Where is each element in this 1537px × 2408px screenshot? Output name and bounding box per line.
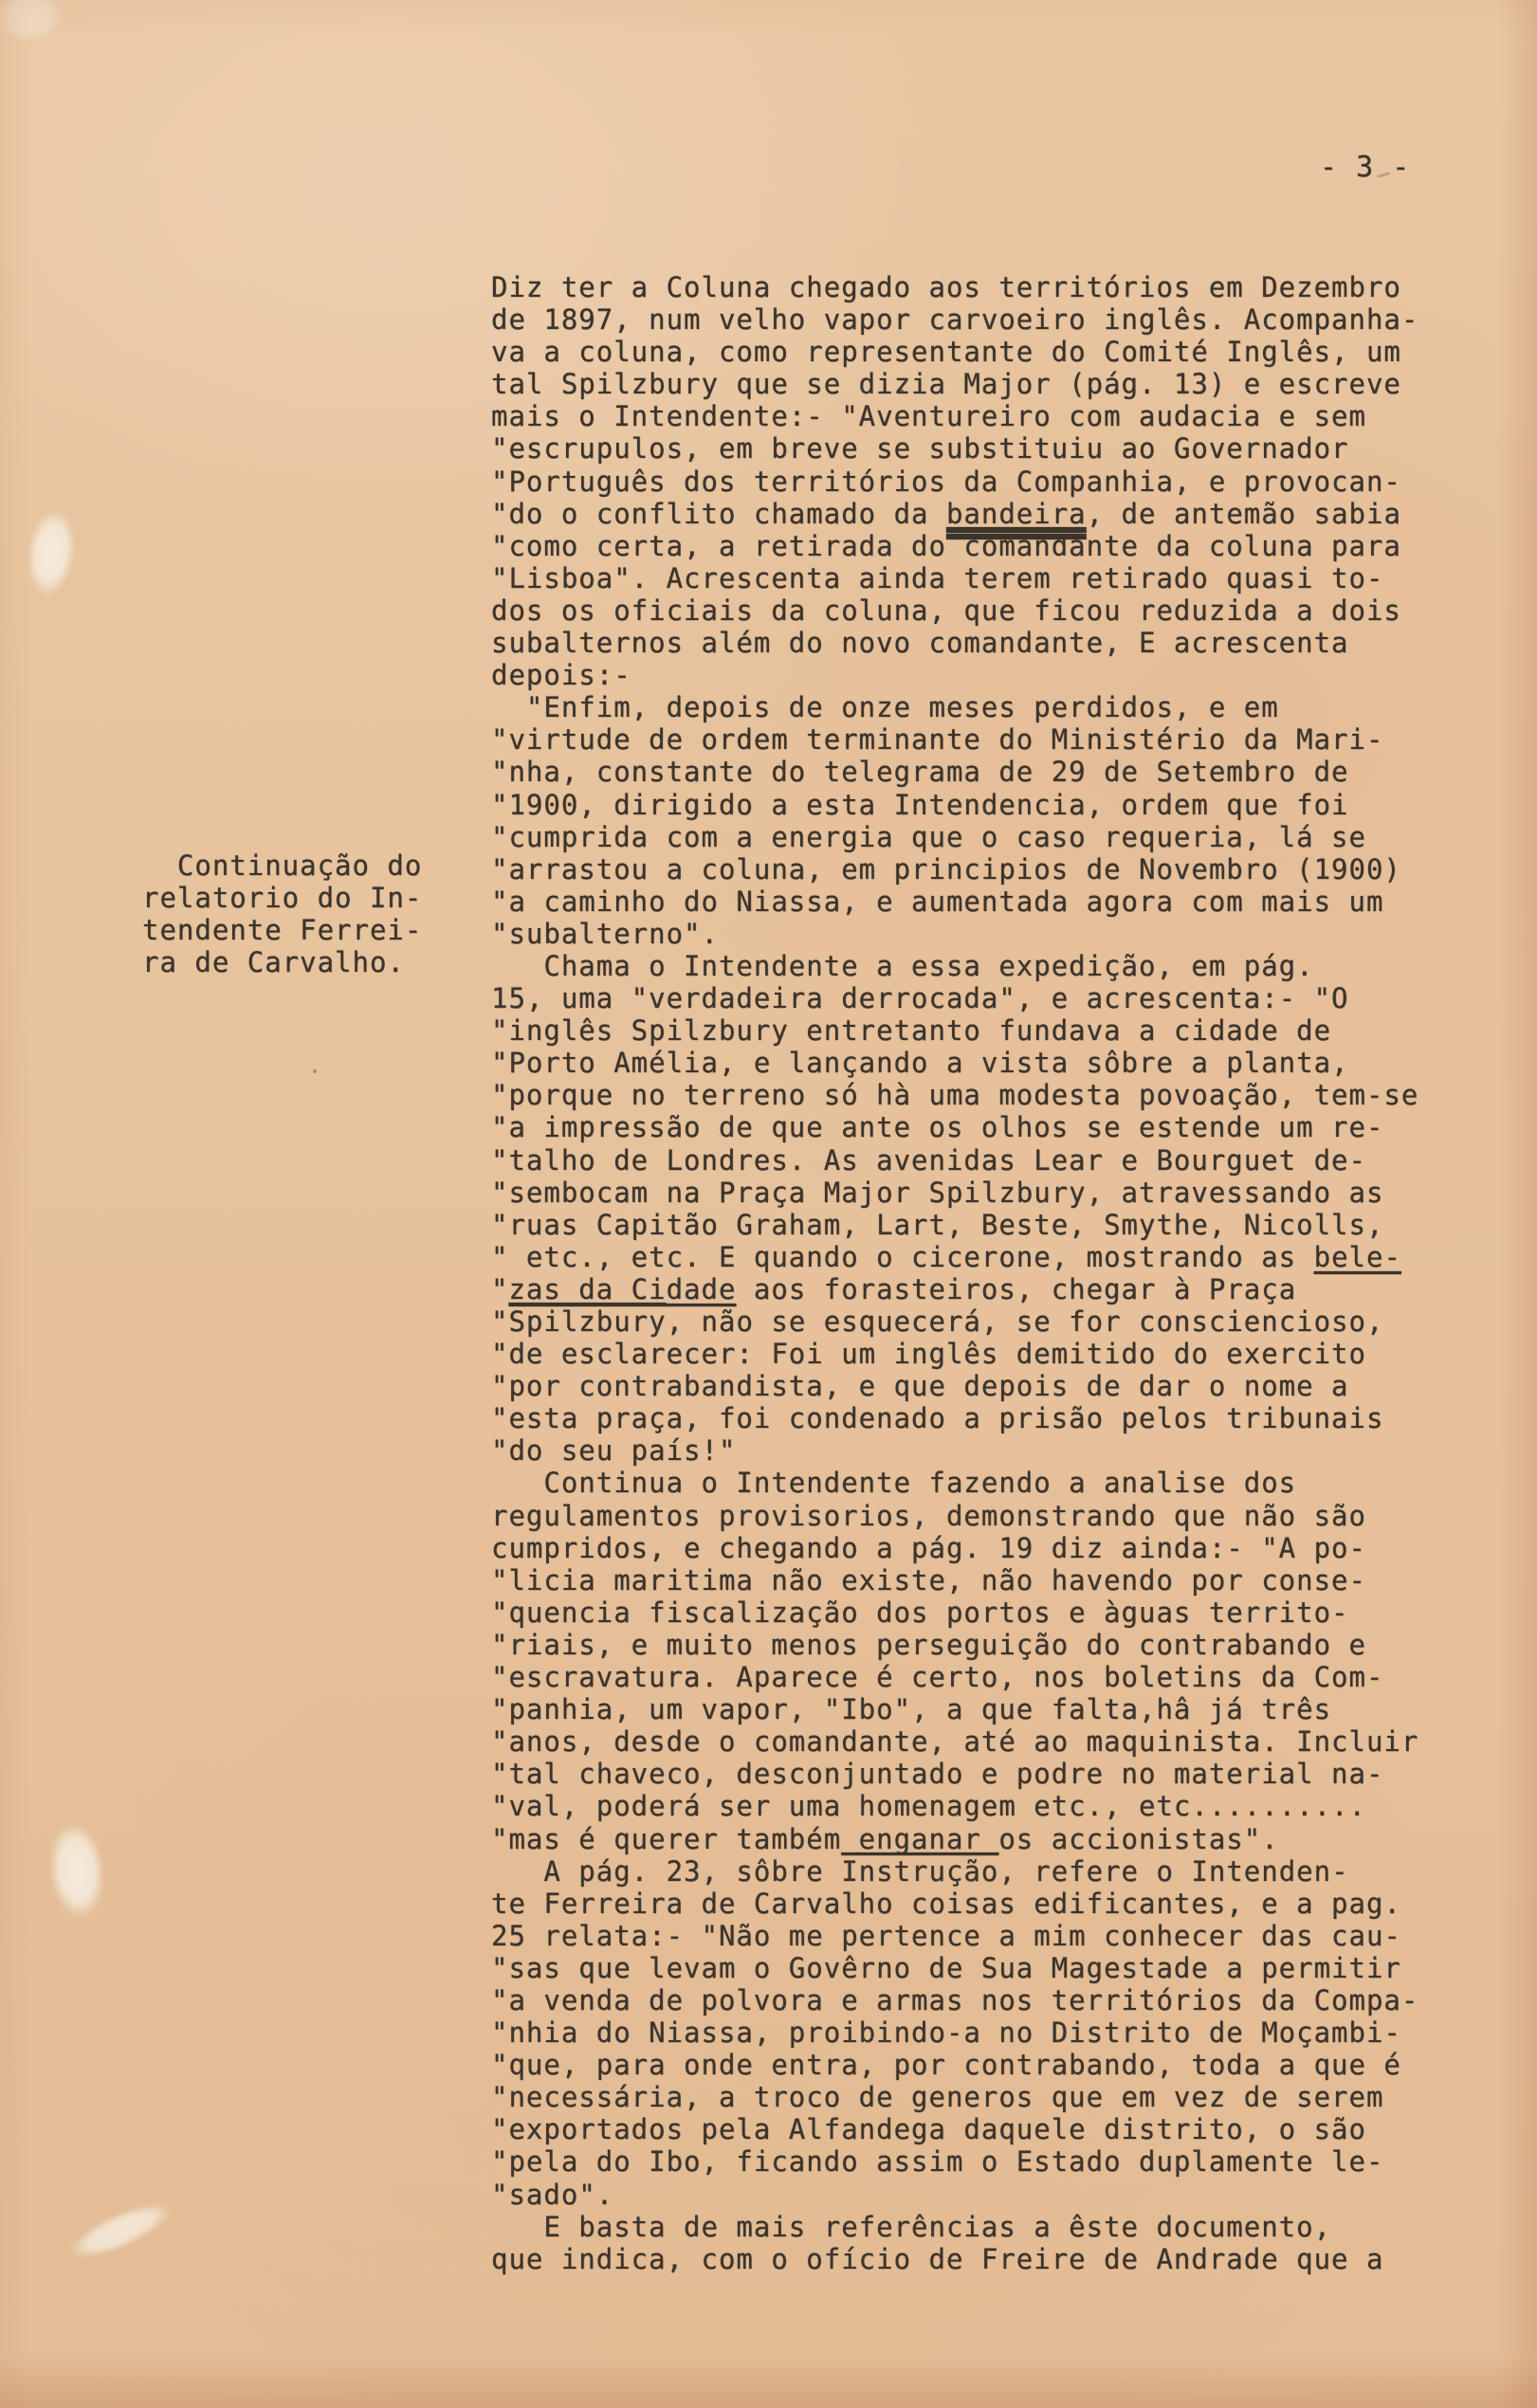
text-segment: "necessária, a troco de generos que em v… (491, 2081, 1383, 2113)
text-line: "porque no terreno só hà uma modesta pov… (491, 1079, 1508, 1111)
page-number: - 3 - (1320, 152, 1410, 184)
text-segment: "esta praça, foi condenado a prisão pelo… (491, 1402, 1383, 1434)
text-segment: tendente Ferrei- (142, 914, 422, 946)
margin-note-line: ra de Carvalho. (142, 946, 422, 978)
underlined-text: Spilzbury (508, 1305, 666, 1338)
text-line: "escrupulos, em breve se substituiu ao G… (491, 432, 1508, 465)
text-segment: Chama o Intendente a essa expedição, em … (491, 950, 1314, 982)
text-segment: "panhia, um vapor, "Ibo", a que falta,hâ… (491, 1693, 1331, 1725)
text-line: "a venda de polvora e armas nos territór… (491, 1984, 1508, 2016)
text-line: "ruas Capitão Graham, Lart, Beste, Smyth… (491, 1209, 1508, 1241)
text-segment: 25 relata:- "Não me pertence a mim conhe… (491, 1920, 1401, 1952)
text-segment: "inglês Spilzbury entretanto fundava a c… (491, 1014, 1331, 1047)
text-line: Chama o Intendente a essa expedição, em … (491, 950, 1508, 982)
text-line: te Ferreira de Carvalho coisas edificant… (491, 1888, 1508, 1920)
text-line: "por contrabandista, e que depois de dar… (491, 1370, 1508, 1402)
text-line: 15, uma "verdadeira derrocada", e acresc… (491, 982, 1508, 1014)
text-line: "virtude de ordem terminante do Ministér… (491, 723, 1508, 756)
text-line: "a caminho do Niassa, e aumentada agora … (491, 885, 1508, 918)
text-segment: "talho de Londres. As avenidas Lear e Bo… (491, 1144, 1366, 1177)
ink-speck (313, 1069, 317, 1073)
text-segment: "val, poderá ser uma homenagem etc., etc… (491, 1790, 1366, 1822)
text-line: "anos, desde o comandante, até ao maquin… (491, 1725, 1508, 1758)
text-segment: "mas é querer também enganar os accionis… (491, 1823, 1279, 1855)
text-segment: mais o Intendente:- "Aventureiro com aud… (491, 400, 1366, 432)
margin-note-line: tendente Ferrei- (142, 914, 422, 946)
text-line: "exportados pela Alfandega daquele distr… (491, 2113, 1508, 2145)
text-line: "necessária, a troco de generos que em v… (491, 2081, 1508, 2113)
text-line: "do o conflito chamado da bandeira, de a… (491, 498, 1508, 530)
text-segment: "nha, constante do telegrama de 29 de Se… (491, 756, 1349, 788)
text-segment: tal Spilzbury que se dizia Major (pág. 1… (491, 368, 1401, 400)
text-segment: "sembocam na Praça Major Spilzbury, atra… (491, 1177, 1383, 1209)
text-line: "arrastou a coluna, em principios de Nov… (491, 853, 1508, 885)
text-segment: "Lisboa". Acrescenta ainda terem retirad… (491, 562, 1383, 594)
text-segment: regulamentos provisorios, demonstrando q… (491, 1500, 1366, 1532)
text-segment: "como certa, a retirada do comandante da… (491, 530, 1401, 562)
text-line: "pela do Ibo, ficando assim o Estado dup… (491, 2145, 1508, 2178)
text-segment: "pela do Ibo, ficando assim o Estado dup… (491, 2145, 1383, 2178)
text-segment: "riais, e muito menos perseguição do con… (491, 1629, 1366, 1661)
text-line: E basta de mais referências a êste docum… (491, 2211, 1508, 2243)
text-line: 25 relata:- "Não me pertence a mim conhe… (491, 1920, 1508, 1952)
text-segment: subalternos além do novo comandante, E a… (491, 627, 1349, 659)
text-segment: "ruas Capitão Graham, Lart, Beste, Smyth… (491, 1209, 1383, 1241)
text-segment: de 1897, num velho vapor carvoeiro inglê… (491, 303, 1418, 336)
text-line: Continua o Intendente fazendo a analise … (491, 1467, 1508, 1499)
text-segment: "do seu país!" (491, 1434, 736, 1467)
text-segment: aos forasteiros, chegar à Praça (736, 1273, 1296, 1305)
paper-scratch (46, 2181, 194, 2279)
paper-scuff (35, 1805, 118, 1935)
text-line: de 1897, num velho vapor carvoeiro inglê… (491, 303, 1508, 336)
text-line: dos os oficiais da coluna, que ficou red… (491, 594, 1508, 627)
text-segment: "a venda de polvora e armas nos territór… (491, 1984, 1418, 2016)
text-segment: "de esclarecer: Foi um inglês demitido d… (491, 1338, 1366, 1370)
text-line: "val, poderá ser uma homenagem etc., etc… (491, 1790, 1508, 1822)
text-segment: A pág. 23, sôbre (491, 1855, 841, 1888)
text-segment: "licia maritima não existe, não havendo … (491, 1564, 1366, 1596)
text-line: tal Spilzbury que se dizia Major (pág. 1… (491, 368, 1508, 400)
text-line: "Enfim, depois de onze meses perdidos, e… (491, 691, 1508, 723)
text-segment: , refere o Intenden- (998, 1855, 1348, 1888)
text-line: A pág. 23, sôbre Instrução, refere o Int… (491, 1855, 1508, 1888)
underlined-text: Instrução (841, 1855, 998, 1888)
text-line: "mas é querer também enganar os accionis… (491, 1823, 1508, 1855)
text-segment: va a coluna, como representante do Comit… (491, 336, 1401, 368)
text-segment: "tal chaveco, desconjuntado e podre no m… (491, 1758, 1383, 1790)
text-line: "tal chaveco, desconjuntado e podre no m… (491, 1758, 1508, 1790)
text-segment: " etc., etc. E quando o cicerone, mostra… (491, 1241, 1314, 1273)
text-segment: te Ferreira de Carvalho coisas edificant… (491, 1888, 1401, 1920)
text-line: "Português dos territórios da Companhia,… (491, 465, 1508, 498)
text-line: "que, para onde entra, por contrabando, … (491, 2049, 1508, 2081)
text-segment: "sado". (491, 2179, 613, 2211)
text-line: "sembocam na Praça Major Spilzbury, atra… (491, 1177, 1508, 1209)
text-segment: 15, uma "verdadeira derrocada", e acresc… (491, 982, 1349, 1014)
margin-note-line: relatorio do In- (142, 882, 422, 914)
text-segment: que indica, com o ofício de Freire de An… (491, 2243, 1383, 2275)
text-segment: " (491, 1305, 508, 1338)
margin-note-line: Continuação do (142, 849, 422, 882)
text-segment: " (491, 1273, 508, 1305)
text-segment: "que, para onde entra, por contrabando, … (491, 2049, 1401, 2081)
text-segment: depois:- (491, 659, 631, 691)
text-line: "sas que levam o Govêrno de Sua Magestad… (491, 1952, 1508, 1984)
text-line: "zas da Cidade aos forasteiros, chegar à… (491, 1273, 1508, 1305)
text-line: "inglês Spilzbury entretanto fundava a c… (491, 1014, 1508, 1047)
text-segment: "escrupulos, em breve se substituiu ao G… (491, 432, 1349, 465)
text-line: va a coluna, como representante do Comit… (491, 336, 1508, 368)
text-segment: , de antemão sabia (1087, 498, 1401, 530)
text-segment: dos os oficiais da coluna, que ficou red… (491, 594, 1401, 627)
text-line: "a impressão de que ante os olhos se est… (491, 1111, 1508, 1143)
text-segment: "arrastou a coluna, em principios de Nov… (491, 853, 1401, 885)
text-segment: "anos, desde o comandante, até ao maquin… (491, 1725, 1418, 1758)
text-line: "riais, e muito menos perseguição do con… (491, 1629, 1508, 1661)
text-line: "licia maritima não existe, não havendo … (491, 1564, 1508, 1596)
typewritten-body-text: Diz ter a Coluna chegado aos territórios… (491, 271, 1508, 2275)
text-segment: Continuação do (142, 849, 422, 882)
text-line: "talho de Londres. As avenidas Lear e Bo… (491, 1144, 1508, 1177)
text-segment: "exportados pela Alfandega daquele distr… (491, 2113, 1366, 2145)
text-segment: "a impressão de que ante os olhos se est… (491, 1111, 1383, 1143)
paper-scuff (13, 493, 89, 612)
text-segment: "1900, dirigido a esta Intendencia, orde… (491, 789, 1349, 821)
text-segment: Diz ter a Coluna chegado aos territórios… (491, 271, 1401, 303)
underlined-text: bele- (1314, 1241, 1401, 1273)
text-segment: "sas que levam o Govêrno de Sua Magestad… (491, 1952, 1401, 1984)
margin-note: Continuação dorelatorio do In-tendente F… (142, 849, 422, 978)
text-segment: "do o conflito chamado da (491, 498, 946, 530)
text-line: depois:- (491, 659, 1508, 691)
text-line: "nhia do Niassa, proibindo-a no Distrito… (491, 2016, 1508, 2049)
text-line: regulamentos provisorios, demonstrando q… (491, 1500, 1508, 1532)
text-line: "esta praça, foi condenado a prisão pelo… (491, 1402, 1508, 1434)
text-segment: "porque no terreno só hà uma modesta pov… (491, 1079, 1418, 1111)
text-segment: "quencia fiscalização dos portos e àguas… (491, 1596, 1349, 1629)
text-line: "sado". (491, 2179, 1508, 2211)
text-line: "do seu país!" (491, 1434, 1508, 1467)
text-line: " etc., etc. E quando o cicerone, mostra… (491, 1241, 1508, 1273)
text-line: "subalterno". (491, 918, 1508, 950)
text-segment: "Português dos territórios da Companhia,… (491, 465, 1401, 498)
text-segment: "a caminho do Niassa, e aumentada agora … (491, 885, 1383, 918)
text-line: "quencia fiscalização dos portos e àguas… (491, 1596, 1508, 1629)
text-line: Diz ter a Coluna chegado aos territórios… (491, 271, 1508, 303)
text-line: "de esclarecer: Foi um inglês demitido d… (491, 1338, 1508, 1370)
text-segment: cumpridos, e chegando a pág. 19 diz aind… (491, 1532, 1366, 1564)
text-segment: "escravatura. Aparece é certo, nos bolet… (491, 1661, 1383, 1693)
text-segment: "Enfim, depois de onze meses perdidos, e… (491, 691, 1279, 723)
underlined-text: zas da Cidade (508, 1273, 736, 1305)
text-line: que indica, com o ofício de Freire de An… (491, 2243, 1508, 2275)
text-segment: "virtude de ordem terminante do Ministér… (491, 723, 1383, 756)
text-line: "nha, constante do telegrama de 29 de Se… (491, 756, 1508, 788)
text-line: "panhia, um vapor, "Ibo", a que falta,hâ… (491, 1693, 1508, 1725)
underlined-text: bandeira (946, 498, 1087, 530)
text-segment: E basta de mais referências a êste docum… (491, 2211, 1331, 2243)
text-line: mais o Intendente:- "Aventureiro com aud… (491, 400, 1508, 432)
text-segment: relatorio do In- (142, 882, 422, 914)
text-segment: "por contrabandista, e que depois de dar… (491, 1370, 1349, 1402)
text-line: subalternos além do novo comandante, E a… (491, 627, 1508, 659)
text-segment: ra de Carvalho. (142, 946, 405, 978)
text-line: "1900, dirigido a esta Intendencia, orde… (491, 789, 1508, 821)
text-segment: "subalterno". (491, 918, 719, 950)
text-line: "cumprida com a energia que o caso reque… (491, 821, 1508, 853)
text-segment: "cumprida com a energia que o caso reque… (491, 821, 1366, 853)
paper-scuff (0, 0, 72, 49)
text-line: "Lisboa". Acrescenta ainda terem retirad… (491, 562, 1508, 594)
text-segment: Continua o Intendente fazendo a analise … (491, 1467, 1296, 1499)
text-segment: "Porto Amélia, e lançando a vista sôbre … (491, 1047, 1349, 1079)
text-segment: , não se esquecerá, se for consciencioso… (667, 1305, 1384, 1338)
text-line: "Porto Amélia, e lançando a vista sôbre … (491, 1047, 1508, 1079)
text-line: "como certa, a retirada do comandante da… (491, 530, 1508, 562)
text-segment: "nhia do Niassa, proibindo-a no Distrito… (491, 2016, 1401, 2049)
text-line: "Spilzbury, não se esquecerá, se for con… (491, 1305, 1508, 1338)
scanned-document-page: { "page": { "number_label": "- 3 -" }, "… (0, 0, 1537, 2408)
text-line: "escravatura. Aparece é certo, nos bolet… (491, 1661, 1508, 1693)
text-line: cumpridos, e chegando a pág. 19 diz aind… (491, 1532, 1508, 1564)
